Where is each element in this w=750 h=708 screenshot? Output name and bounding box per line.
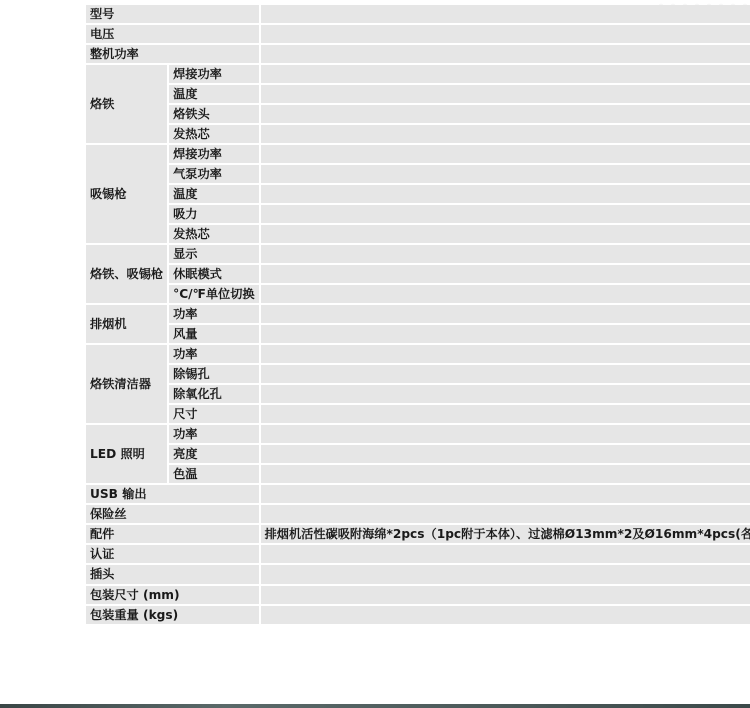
row-value: LCD（双色背光） bbox=[261, 245, 750, 265]
table-row: 烙铁 焊接功率 60W(Max.130W) (DC 18V) bbox=[86, 65, 750, 85]
table-row: 吸锡枪 焊接功率 130W (DC 18V) bbox=[86, 145, 750, 165]
table-row: 吸力 >600mm-Hg bbox=[86, 205, 750, 225]
table-row: 插头 bbox=[86, 565, 750, 586]
row-value: 385x280x205 mm bbox=[261, 586, 750, 606]
row-value: Ø5xL20mm 3.15A/250V bbox=[261, 505, 750, 525]
sub-label: 功率 bbox=[169, 305, 260, 325]
sub-label: 发热芯 bbox=[169, 125, 260, 145]
row-value: 6000 Kelvin bbox=[261, 465, 750, 485]
row-value: AC 220-240V 50Hz bbox=[261, 25, 750, 45]
sub-label: 尺寸 bbox=[169, 405, 260, 425]
sub-label: 除氧化孔 bbox=[169, 385, 260, 405]
table-row: USB 输出 DC5V / 1A bbox=[86, 485, 750, 505]
row-label: 包装尺寸 (mm) bbox=[86, 586, 261, 606]
row-label: 型号 bbox=[86, 5, 261, 25]
group-label-desoldering-gun: 吸锡枪 bbox=[86, 145, 169, 245]
row-value: 50W bbox=[261, 165, 750, 185]
table-row: 色温 6000 Kelvin bbox=[86, 465, 750, 485]
table-row: 除锡孔 Ø7mm bbox=[86, 365, 750, 385]
row-label: USB 输出 bbox=[86, 485, 261, 505]
accessories-value: 排烟机活性碳吸附海绵*2pcs（1pc附于本体）、过滤棉Ø13mm*2及Ø16m… bbox=[261, 525, 750, 545]
row-value: 160°C ~ 480°C(320℉-896℉) bbox=[261, 185, 750, 205]
row-value: SS-988H bbox=[261, 5, 750, 25]
table-row: 排烟机 功率 5W bbox=[86, 305, 750, 325]
row-value bbox=[261, 565, 750, 586]
group-label-fume-extractor: 排烟机 bbox=[86, 305, 169, 345]
group-label-soldering-iron: 烙铁 bbox=[86, 65, 169, 145]
row-label: 电压 bbox=[86, 25, 261, 45]
row-value: 约 100 Lm bbox=[261, 445, 750, 465]
table-row: 除氧化孔 Ø10mm bbox=[86, 385, 750, 405]
row-value: Ø7mm bbox=[261, 365, 750, 385]
row-label: 整机功率 bbox=[86, 45, 261, 65]
table-row: 型号 SS-988H bbox=[86, 5, 750, 25]
row-value: 高档四线发热芯（5SS-988-H） bbox=[261, 225, 750, 245]
row-value: DC5V / 1A bbox=[261, 485, 750, 505]
sub-label: 色温 bbox=[169, 465, 260, 485]
sub-label: °C/℉单位切换 bbox=[169, 285, 260, 305]
row-value: 约5.4 kg bbox=[261, 606, 750, 626]
table-row: 风量 1.0 m³/min bbox=[86, 325, 750, 345]
sub-label: 焊接功率 bbox=[169, 145, 260, 165]
row-value: 2W(DC18V) bbox=[261, 345, 750, 365]
sub-label: 吸力 bbox=[169, 205, 260, 225]
table-row: 包装重量 (kgs) 约5.4 kg bbox=[86, 606, 750, 626]
row-value: 60W(Max.130W) (DC 18V) bbox=[261, 65, 750, 85]
table-row: 发热芯 陶瓷发热芯 (9SS-988-HT) bbox=[86, 125, 750, 145]
table-row: 休眠模式 10min不操作进入休眠，温度200℃ bbox=[86, 265, 750, 285]
table-row: °C/℉单位切换 有 bbox=[86, 285, 750, 305]
table-row: 整机功率 250W bbox=[86, 45, 750, 65]
row-label: 配件 bbox=[86, 525, 261, 545]
row-value: 10min不操作进入休眠，温度200℃ bbox=[261, 265, 750, 285]
group-label-led-light: LED 照明 bbox=[86, 425, 169, 485]
sub-label: 功率 bbox=[169, 345, 260, 365]
sub-label: 亮度 bbox=[169, 445, 260, 465]
sub-label: 显示 bbox=[169, 245, 260, 265]
row-value: 5W bbox=[261, 425, 750, 445]
table-row: 温度 160°C ~ 480°C(320℉-896℉) bbox=[86, 85, 750, 105]
sub-label: 休眠模式 bbox=[169, 265, 260, 285]
table-row: 温度 160°C ~ 480°C(320℉-896℉) bbox=[86, 185, 750, 205]
table-row: 气泵功率 50W bbox=[86, 165, 750, 185]
table-row: 保险丝 Ø5xL20mm 3.15A/250V bbox=[86, 505, 750, 525]
sub-label: 功率 bbox=[169, 425, 260, 445]
row-label: 保险丝 bbox=[86, 505, 261, 525]
row-value: 5W bbox=[261, 305, 750, 325]
table-row: 包装尺寸 (mm) 385x280x205 mm bbox=[86, 586, 750, 606]
table-row: 电压 AC 220-240V 50Hz bbox=[86, 25, 750, 45]
table-row: 烙铁头 5SI-216N-B (标配) bbox=[86, 105, 750, 125]
table-row: 配件 排烟机活性碳吸附海绵*2pcs（1pc附于本体）、过滤棉Ø13mm*2及Ø… bbox=[86, 525, 750, 545]
row-value: Ø10mm bbox=[261, 385, 750, 405]
sub-label: 风量 bbox=[169, 325, 260, 345]
row-value: RoHS bbox=[261, 545, 750, 565]
sub-label: 温度 bbox=[169, 185, 260, 205]
row-value: 陶瓷发热芯 (9SS-988-HT) bbox=[261, 125, 750, 145]
table-row: 烙铁、吸锡枪 显示 LCD（双色背光） bbox=[86, 245, 750, 265]
row-value: 有 bbox=[261, 285, 750, 305]
table-row: 发热芯 高档四线发热芯（5SS-988-H） bbox=[86, 225, 750, 245]
table-row: 亮度 约 100 Lm bbox=[86, 445, 750, 465]
row-value: 130W (DC 18V) bbox=[261, 145, 750, 165]
sub-label: 焊接功率 bbox=[169, 65, 260, 85]
spec-table: 型号 SS-988H 电压 AC 220-240V 50Hz 整机功率 250W… bbox=[86, 5, 750, 626]
row-value: 160°C ~ 480°C(320℉-896℉) bbox=[261, 85, 750, 105]
group-label-iron-and-gun: 烙铁、吸锡枪 bbox=[86, 245, 169, 305]
group-label-tip-cleaner: 烙铁清洁器 bbox=[86, 345, 169, 425]
row-label: 包装重量 (kgs) bbox=[86, 606, 261, 626]
row-label: 插头 bbox=[86, 565, 261, 586]
sub-label: 气泵功率 bbox=[169, 165, 260, 185]
sub-label: 发热芯 bbox=[169, 225, 260, 245]
row-value: 133*83*69mm bbox=[261, 405, 750, 425]
bottom-decorative-band bbox=[0, 704, 750, 708]
table-row: 烙铁清洁器 功率 2W(DC18V) bbox=[86, 345, 750, 365]
row-value: 250W bbox=[261, 45, 750, 65]
row-value: >600mm-Hg bbox=[261, 205, 750, 225]
sub-label: 除锡孔 bbox=[169, 365, 260, 385]
row-value: 5SI-216N-B (标配) bbox=[261, 105, 750, 125]
row-label: 认证 bbox=[86, 545, 261, 565]
sub-label: 烙铁头 bbox=[169, 105, 260, 125]
table-row: LED 照明 功率 5W bbox=[86, 425, 750, 445]
row-value: 1.0 m³/min bbox=[261, 325, 750, 345]
sub-label: 温度 bbox=[169, 85, 260, 105]
table-row: 尺寸 133*83*69mm bbox=[86, 405, 750, 425]
table-row: 认证 RoHS bbox=[86, 545, 750, 565]
